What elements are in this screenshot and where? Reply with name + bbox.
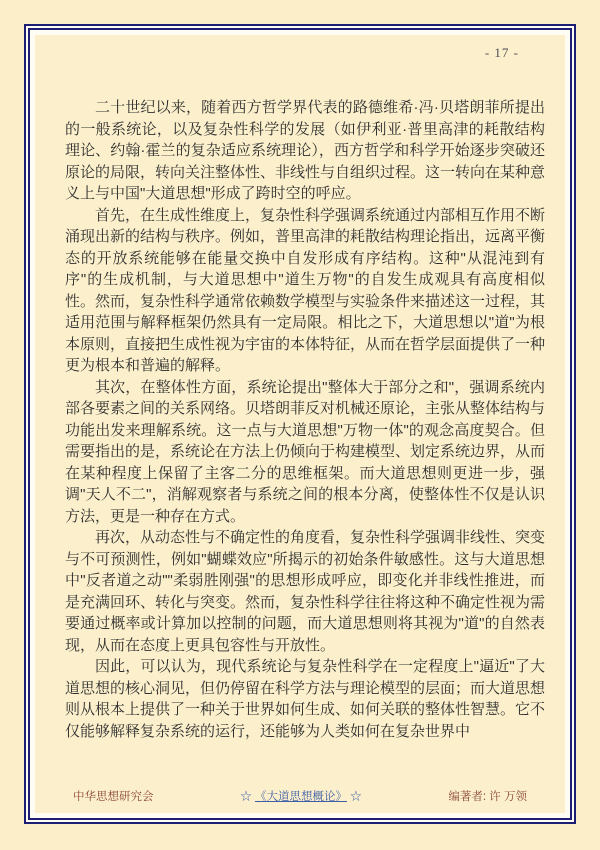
- paragraph-holism: 其次，在整体性方面，系统论提出"整体大于部分之和"，强调系统内部各要素之间的关系…: [65, 377, 545, 528]
- star-icon: ☆: [350, 791, 362, 803]
- body-text: 二十世纪以来，随着西方哲学界代表的路德维希·冯·贝塔朗菲所提出的一般系统论，以及…: [35, 61, 565, 742]
- paragraph-conclusion: 因此，可以认为，现代系统论与复杂性科学在一定程度上"逼近"了大道思想的核心洞见，…: [65, 656, 545, 742]
- footer-author: 编著者: 许 万领: [448, 788, 527, 804]
- paragraph-intro: 二十世纪以来，随着西方哲学界代表的路德维希·冯·贝塔朗菲所提出的一般系统论，以及…: [65, 97, 545, 205]
- footer-organization: 中华思想研究会: [73, 788, 154, 804]
- page-footer: 中华思想研究会 ☆ 《大道思想概论》 ☆ 编著者: 许 万领: [35, 788, 565, 804]
- footer-book-title: ☆ 《大道思想概论》 ☆: [240, 788, 361, 804]
- paragraph-dynamics: 再次，从动态性与不确定性的角度看，复杂性科学强调非线性、突变与不可预测性，例如"…: [65, 527, 545, 656]
- page-number: - 17 -: [35, 35, 565, 61]
- star-icon: ☆: [240, 791, 252, 803]
- book-title-link[interactable]: 《大道思想概论》: [255, 791, 347, 803]
- page-background: { "header": { "page_number": "- 17 -" },…: [0, 0, 600, 850]
- page-frame: - 17 - 二十世纪以来，随着西方哲学界代表的路德维希·冯·贝塔朗菲所提出的一…: [24, 24, 576, 824]
- paragraph-generativity: 首先，在生成性维度上，复杂性科学强调系统通过内部相互作用不断涌现出新的结构与秩序…: [65, 205, 545, 377]
- page-content: - 17 - 二十世纪以来，随着西方哲学界代表的路德维希·冯·贝塔朗菲所提出的一…: [35, 35, 565, 813]
